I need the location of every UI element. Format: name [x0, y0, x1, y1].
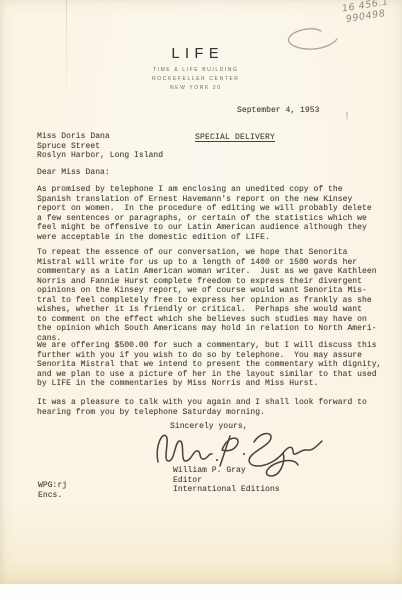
pencil-margin-mark-top: !	[345, 111, 349, 122]
letter-date: September 4, 1953	[237, 106, 319, 116]
letter-paragraph-3: We are offering $500.00 for such a comme…	[37, 341, 381, 389]
handwritten-catalog-numbers: 16 456.1 990498	[315, 0, 391, 30]
letter-paper: 16 456.1 990498 LIFE TIME & LIFE BUILDIN…	[0, 0, 402, 584]
letterhead: LIFE TIME & LIFE BUILDING ROCKEFELLER CE…	[115, 46, 275, 91]
fold-crease	[66, 0, 67, 118]
letterhead-city: NEW YORK 20	[115, 85, 275, 91]
letterhead-center: ROCKEFELLER CENTER	[115, 76, 275, 82]
letter-paragraph-4: It was a pleasure to talk with you again…	[37, 398, 367, 417]
special-delivery-label: SPECIAL DELIVERY	[195, 133, 275, 143]
salutation: Dear Miss Dana:	[37, 168, 110, 178]
recipient-address: Miss Doris Dana Spruce Street Roslyn Har…	[37, 132, 163, 161]
letterhead-building: TIME & LIFE BUILDING	[115, 67, 275, 73]
reference-initials-block: WPG:rj Encs.	[38, 481, 67, 500]
life-logo: LIFE	[115, 46, 275, 62]
letter-paragraph-1: As promised by telephone I am enclosing …	[37, 185, 372, 242]
letter-paragraph-2: To repeat the essence of our conversatio…	[37, 248, 377, 343]
pencil-c-mark-icon	[281, 27, 341, 57]
signer-block: William P. Gray Editor International Edi…	[173, 466, 280, 495]
